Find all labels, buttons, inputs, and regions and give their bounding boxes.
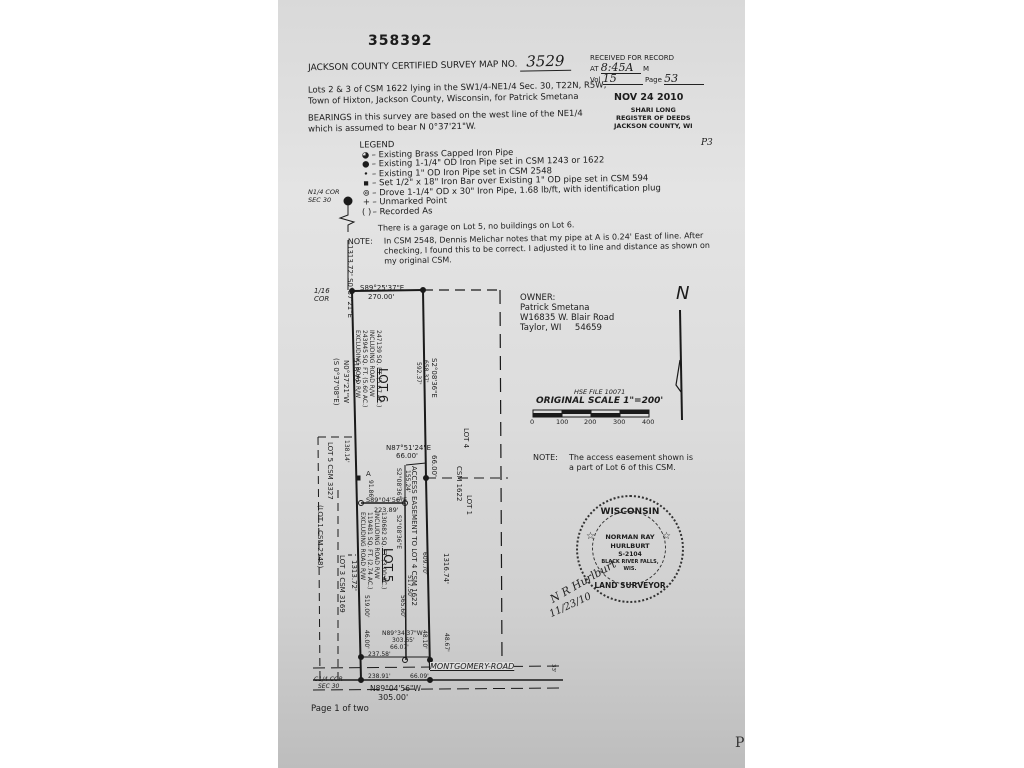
bottom-bearing: N89°04'56"W [370,684,421,693]
recording-stamp: RECEIVED FOR RECORD AT 8:45A M Vol 15 Pa… [590,53,704,85]
dist-1316: 1316.74' [442,553,450,584]
bottom-distance: 305.00' [378,693,408,702]
dist-519: 519.00' [363,595,370,618]
mid-dist: 66.00' [396,452,418,460]
north-arrow-label: N [676,283,689,304]
lot5-area: 130682 SQ. FT. (3.00 AC.)INCLUDING ROAD … [359,512,387,589]
dist-23891: 238.91' [368,673,391,680]
page-number: Page 1 of two [311,704,369,714]
recording-date: NOV 24 2010 [614,92,683,103]
dist-609: 609.70' [421,552,428,575]
document-number: 358392 [368,33,432,49]
corner-mark: P [735,735,744,751]
scale-tick-200: 200 [584,418,596,426]
hse-file: HSE FILE 10071 [574,388,625,396]
register-of-deeds: SHARI LONG REGISTER OF DEEDS JACKSON COU… [614,106,693,130]
road-width: 33' [550,664,556,673]
east6-dist2: 592.37' [415,362,422,385]
split-bearing: S89°04'56"E [366,496,407,504]
east5-bearing: S2°08'36"E [395,515,402,549]
easement-note: NOTE:The access easement shown isa part … [533,453,693,473]
lot1-label: LOT 1 [465,495,473,515]
scale-tick-400: 400 [642,418,654,426]
lot6-area: 247139 SQ. FT. (5.67 AC.)INCLUDING ROAD … [354,330,382,407]
dist-23758: 237.58' [368,651,391,658]
north-line-label: 1313.72' S0°37'21"E [346,245,354,318]
west-bearing: N0°37'21"W [342,360,350,403]
easement-dist: 155.24' [404,470,411,493]
116-corner-label: 1/16COR [314,287,330,303]
top-distance: 270.00' [368,293,394,301]
west-recorded: (S 0°37'08"E) [332,358,340,405]
dist-138: 138.14' [343,440,350,463]
scale-label: ORIGINAL SCALE 1"=200' [536,396,663,406]
survey-document-page: 358392 JACKSON COUNTY CERTIFIED SURVEY M… [278,0,745,768]
mid-dist2: 66.00' [430,455,438,477]
scale-tick-0: 0 [530,418,534,426]
east5-d2: 565.60' [399,595,406,618]
bearings-note: BEARINGS in this survey are based on the… [308,108,608,135]
surveyor-seal: WISCONSIN ☆ ☆ NORMAN RAY HURLBURT S-2104… [576,495,684,603]
survey-description: Lots 2 & 3 of CSM 1622 lying in the SW1/… [308,80,608,107]
dist-4600: 46.00' [363,630,370,649]
east6-bearing: S2°08'36"E [430,358,438,398]
lot4-label: LOT 4 [462,428,470,448]
east5-d1: 517.50' [406,575,413,598]
lot1-csm-label: (LOT 1 CSM 2548) [316,505,324,568]
lot3-csm-label: LOT 3 CSM 3169 [338,555,346,613]
dist-131372: 1313.72' [350,560,358,591]
east6-dist1: 658.37' [422,360,429,383]
map-number: 3529 [520,52,571,72]
dist-4810: 48.10' [421,630,428,649]
dist-4867: 48.67' [443,633,450,652]
bottom-inner-line: N89°34'37"W303.65'66.07' [382,630,423,651]
owner-block: OWNER: Patrick Smetana W16835 W. Blair R… [520,293,614,333]
brass-pipe-marker [344,197,352,205]
lot5-csm-label: LOT 5 CSM 3327 [326,442,334,500]
document-title: JACKSON COUNTY CERTIFIED SURVEY MAP NO. … [308,52,571,75]
road-label: MONTGOMERY-ROAD [430,662,514,671]
point-a: A [366,470,371,478]
csm1622-label: CSM 1622 [455,466,463,501]
scale-tick-300: 300 [613,418,625,426]
top-bearing: S89°25'37"E [360,284,404,292]
mid-bearing: N87°51'24"E [386,444,431,452]
dist-6609: 66.09' [410,673,429,680]
page-tag: P3 [701,138,713,148]
c14-corner-label: C1/4 CORSEC 30 [314,676,343,690]
scale-tick-100: 100 [556,418,568,426]
